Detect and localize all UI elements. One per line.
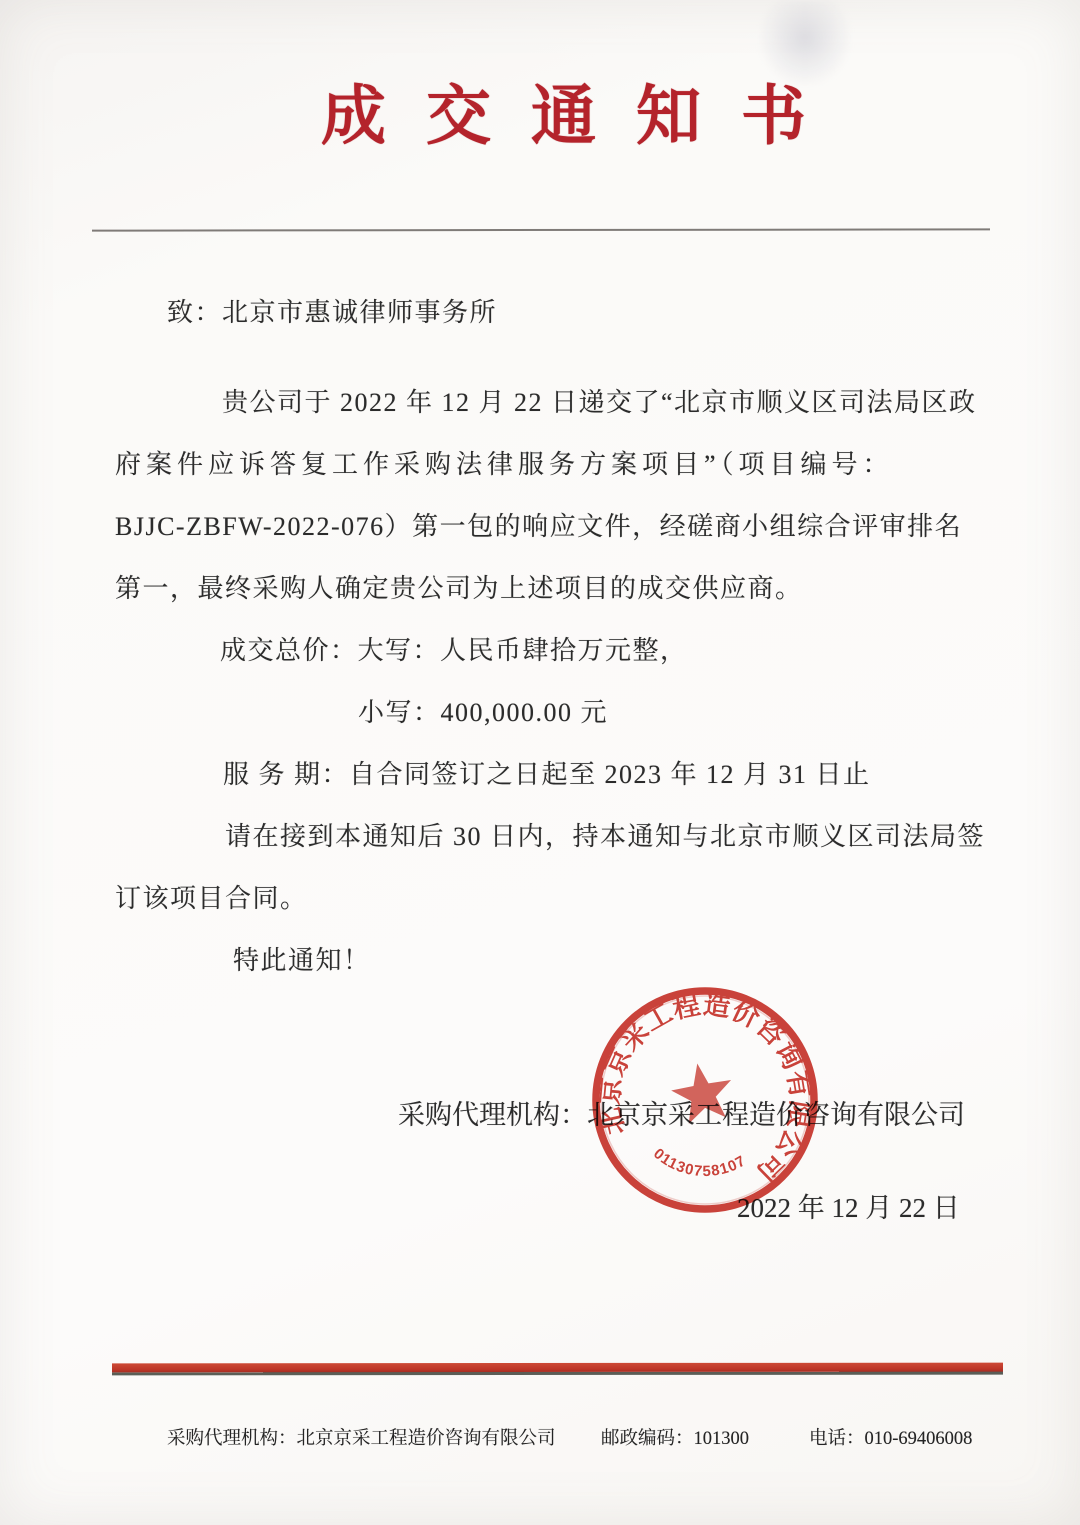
paragraph2-line1: 请在接到本通知后 30 日内，持本通知与北京市顺义区司法局签 — [115, 806, 943, 868]
letter-body: 致：北京市惠诚律师事务所 贵公司于 2022 年 12 月 22 日递交了“北京… — [115, 282, 943, 992]
service-period-line: 服 务 期：自合同签订之日起至 2023 年 12 月 31 日止 — [115, 744, 943, 806]
greeting-line: 致：北京市惠诚律师事务所 — [115, 282, 943, 344]
scanned-notice-page: 成交通知书 致：北京市惠诚律师事务所 贵公司于 2022 年 12 月 22 日… — [0, 0, 1080, 1525]
signature-date: 2022 年 12 月 22 日 — [737, 1186, 960, 1225]
paragraph1-line1: 贵公司于 2022 年 12 月 22 日递交了“北京市顺义区司法局区政 — [115, 372, 943, 434]
price-numeric-line: 小写：400,000.00 元 — [115, 682, 943, 744]
paragraph1-line4: 第一，最终采购人确定贵公司为上述项目的成交供应商。 — [115, 558, 943, 620]
price-uppercase-line: 成交总价：大写：人民币肆拾万元整， — [115, 620, 943, 682]
paragraph1-line3: BJJC-ZBFW-2022-076）第一包的响应文件，经磋商小组综合评审排名 — [115, 496, 943, 558]
footer-agency: 采购代理机构：北京京采工程造价咨询有限公司 — [167, 1424, 556, 1450]
paragraph1-line2: 府案件应诉答复工作采购法律服务方案项目”（项目编号： — [115, 434, 943, 496]
signature-agency-line: 采购代理机构：北京京采工程造价咨询有限公司 — [398, 1093, 965, 1132]
svg-text:01130758107: 01130758107 — [650, 1145, 749, 1180]
page-title: 成交通知书 — [321, 83, 846, 151]
footer-phone: 电话：010-69406008 — [809, 1424, 972, 1450]
footer-info-row: 采购代理机构：北京京采工程造价咨询有限公司 邮政编码：101300 电话：010… — [0, 1424, 1080, 1454]
agency-label: 采购代理机构： — [398, 1100, 587, 1130]
footer-red-rule — [112, 1363, 1003, 1373]
seal-company-text: 北京京采工程造价咨询有限公司 — [593, 988, 816, 1188]
agency-name: 北京京采工程造价咨询有限公司 — [587, 1100, 965, 1130]
footer-postal-code: 邮政编码：101300 — [601, 1424, 749, 1450]
scan-smudge — [760, 0, 850, 85]
seal-number-text: 01130758107 — [650, 1145, 749, 1180]
title-divider-line — [92, 228, 990, 231]
svg-text:北京京采工程造价咨询有限公司: 北京京采工程造价咨询有限公司 — [593, 988, 816, 1188]
closing-line: 特此通知！ — [115, 930, 943, 992]
paragraph2-line2: 订该项目合同。 — [115, 868, 943, 930]
